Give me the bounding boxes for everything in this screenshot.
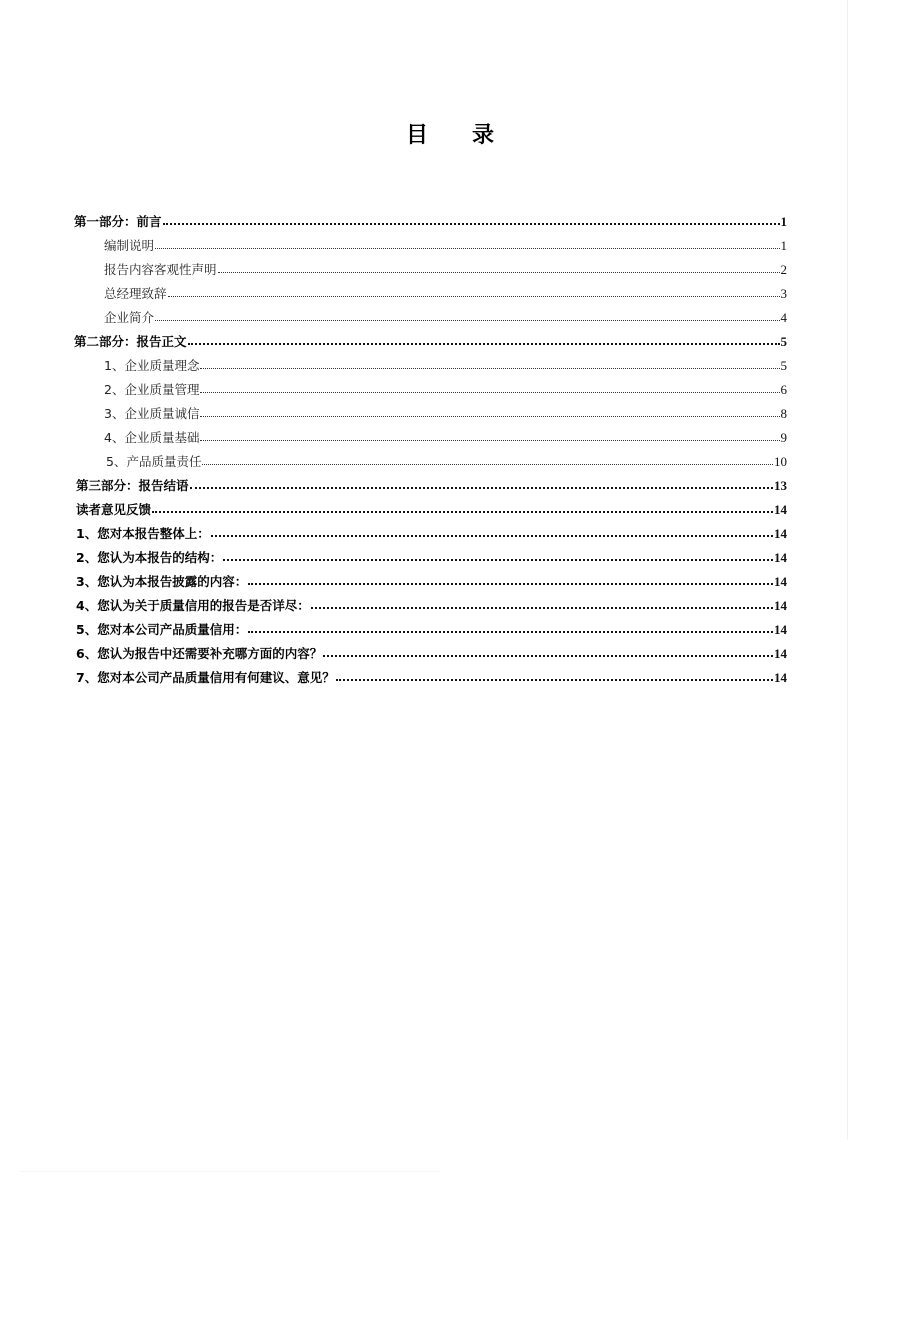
toc-entry: 7、您对本公司产品质量信用有何建议、意见？14 [76, 668, 787, 688]
toc-entry-page-number: 10 [774, 454, 787, 470]
toc-dot-leader [155, 238, 779, 250]
toc-entry-label: 企业简介 [104, 308, 154, 326]
toc-entry-label: 总经理致辞 [104, 284, 167, 302]
toc-entry-label: 2、企业质量管理 [104, 380, 199, 398]
toc-entry-label: 5、您对本公司产品质量信用： [76, 620, 247, 638]
toc-entry-label: 1、企业质量理念 [104, 356, 199, 374]
toc-entry: 1、您对本报告整体上：14 [76, 524, 787, 544]
toc-dot-leader [211, 526, 773, 538]
toc-entry: 5、您对本公司产品质量信用：14 [76, 620, 787, 640]
toc-entry-page-number: 6 [781, 382, 788, 398]
toc-dot-leader [190, 478, 773, 490]
toc-entry-page-number: 4 [781, 310, 788, 326]
toc-entry: 4、您认为关于质量信用的报告是否详尽：14 [76, 596, 787, 616]
toc-entry: 1、企业质量理念5 [104, 356, 787, 376]
toc-dot-leader [311, 598, 773, 610]
scan-page-edge [847, 0, 848, 1140]
toc-dot-leader [155, 310, 779, 322]
toc-entry: 报告内容客观性声明2 [104, 260, 787, 280]
toc-entry: 6、您认为报告中还需要补充哪方面的内容？14 [76, 644, 787, 664]
toc-entry-label: 报告内容客观性声明 [104, 260, 217, 278]
toc-entry-label: 编制说明 [104, 236, 154, 254]
toc-entry: 2、企业质量管理6 [104, 380, 787, 400]
toc-entry: 3、您认为本报告披露的内容：14 [76, 572, 787, 592]
toc-entry-page-number: 14 [774, 646, 787, 662]
toc-dot-leader [200, 382, 779, 394]
toc-entry: 2、您认为本报告的结构：14 [76, 548, 787, 568]
toc-dot-leader [248, 574, 773, 586]
toc-entry-page-number: 14 [774, 622, 787, 638]
toc-entry-label: 第二部分：报告正文 [74, 332, 187, 350]
toc-dot-leader [323, 646, 773, 658]
toc-entry-label: 读者意见反馈 [76, 500, 151, 518]
toc-entry: 读者意见反馈14 [76, 500, 787, 520]
toc-entry-page-number: 3 [781, 286, 788, 302]
toc-entry-label: 3、您认为本报告披露的内容： [76, 572, 247, 590]
toc-entry-page-number: 2 [781, 262, 788, 278]
toc-entry-label: 第三部分：报告结语 [76, 476, 189, 494]
toc-dot-leader [248, 622, 773, 634]
toc-dot-leader [168, 286, 780, 298]
toc-entry-label: 5、产品质量责任 [106, 452, 201, 470]
toc-entry-label: 1、您对本报告整体上： [76, 524, 210, 542]
toc-entry-label: 6、您认为报告中还需要补充哪方面的内容？ [76, 644, 322, 662]
toc-entry: 5、产品质量责任10 [106, 452, 787, 472]
toc-dot-leader [336, 670, 773, 682]
toc-dot-leader [200, 430, 779, 442]
toc-entry: 编制说明1 [104, 236, 787, 256]
toc-entry-page-number: 8 [781, 406, 788, 422]
toc-entry-page-number: 14 [774, 574, 787, 590]
toc-entry-page-number: 14 [774, 526, 787, 542]
toc-dot-leader [223, 550, 773, 562]
toc-entry-page-number: 1 [781, 214, 788, 230]
toc-dot-leader [202, 454, 773, 466]
toc-entry-page-number: 14 [774, 598, 787, 614]
toc-entry-label: 2、您认为本报告的结构： [76, 548, 222, 566]
toc-entry-label: 4、企业质量基础 [104, 428, 199, 446]
toc-entry-label: 7、您对本公司产品质量信用有何建议、意见？ [76, 668, 335, 686]
toc-entry-page-number: 5 [781, 358, 788, 374]
toc-entry-page-number: 1 [781, 238, 788, 254]
toc-entry-page-number: 5 [781, 334, 788, 350]
toc-dot-leader [163, 214, 780, 226]
toc-entry: 总经理致辞3 [104, 284, 787, 304]
toc-entry-page-number: 14 [774, 670, 787, 686]
page-title: 目录 [0, 118, 900, 149]
toc-entry-label: 4、您认为关于质量信用的报告是否详尽： [76, 596, 310, 614]
toc-dot-leader [200, 358, 779, 370]
toc-entry-label: 3、企业质量诚信 [104, 404, 199, 422]
toc-entry: 4、企业质量基础9 [104, 428, 787, 448]
toc-dot-leader [218, 262, 780, 274]
toc-dot-leader [200, 406, 779, 418]
toc-entry: 企业简介4 [104, 308, 787, 328]
toc-entry-page-number: 9 [781, 430, 788, 446]
toc-entry: 3、企业质量诚信8 [104, 404, 787, 424]
toc-entry: 第三部分：报告结语13 [76, 476, 787, 496]
toc-entry: 第二部分：报告正文5 [74, 332, 787, 352]
toc-entry-page-number: 14 [774, 502, 787, 518]
toc-dot-leader [152, 502, 773, 514]
toc-entry-page-number: 13 [774, 478, 787, 494]
toc-dot-leader [188, 334, 780, 346]
scan-artifact-line [20, 1171, 440, 1172]
toc-entry-label: 第一部分：前言 [74, 212, 162, 230]
toc-entry: 第一部分：前言1 [74, 212, 787, 232]
toc-entry-page-number: 14 [774, 550, 787, 566]
